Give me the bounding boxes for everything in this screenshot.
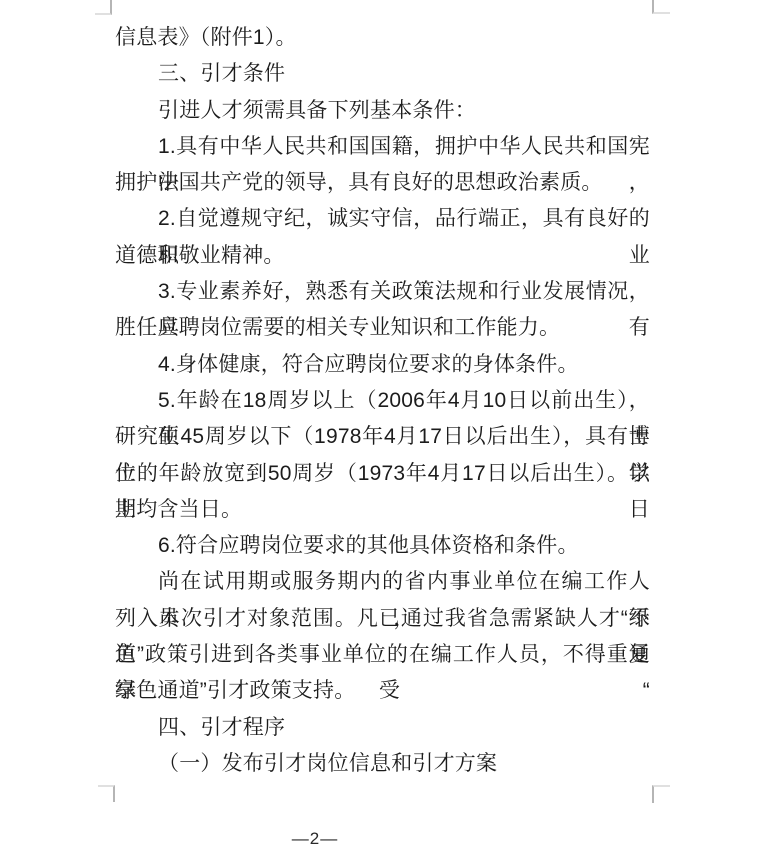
text-line: 道”政策引进到各类事业单位的在编工作人员，不得重复享受“ — [115, 637, 650, 673]
section-heading: 三、引才条件 — [115, 56, 650, 92]
text-line: 研究生45周岁以下（1978年4月17日以后出生），具有博士学 — [115, 419, 650, 455]
text-line: 信息表》（附件1）。 — [115, 20, 650, 56]
text-line: 引进人才须需具备下列基本条件： — [115, 93, 650, 129]
document-body: 信息表》（附件1）。 三、引才条件 引进人才须需具备下列基本条件： 1.具有中华… — [115, 20, 650, 782]
subsection-heading: （一）发布引才岗位信息和引才方案 — [115, 746, 650, 782]
margin-crop-mark-top-right-icon — [652, 0, 670, 14]
text-line: 1.具有中华人民共和国国籍，拥护中华人民共和国宪法， — [115, 129, 650, 165]
text-line: 2.自觉遵规守纪，诚实守信，品行端正，具有良好的职业 — [115, 201, 650, 237]
text-line: 5.年龄在18周岁以上（2006年4月10日以前出生），硕士 — [115, 383, 650, 419]
page-number: —2— — [0, 829, 630, 849]
text-line: 尚在试用期或服务期内的省内事业单位在编工作人员，不 — [115, 564, 650, 600]
margin-crop-mark-bottom-right-icon — [652, 785, 670, 803]
document-page: 信息表》（附件1）。 三、引才条件 引进人才须需具备下列基本条件： 1.具有中华… — [0, 0, 762, 850]
margin-crop-mark-top-left-icon — [95, 0, 112, 15]
text-line: 位的年龄放宽到50周岁（1973年4月17日以后出生）。以上日 — [115, 456, 650, 492]
section-heading: 四、引才程序 — [115, 710, 650, 746]
text-line: 3.专业素养好，熟悉有关政策法规和行业发展情况，具有 — [115, 274, 650, 310]
text-line: 拥护中国共产党的领导，具有良好的思想政治素质。 — [115, 165, 650, 201]
text-line: 6.符合应聘岗位要求的其他具体资格和条件。 — [115, 528, 650, 564]
margin-crop-mark-bottom-left-icon — [98, 785, 115, 802]
text-line: 4.身体健康，符合应聘岗位要求的身体条件。 — [115, 347, 650, 383]
text-line: 列入本次引才对象范围。凡已通过我省急需紧缺人才“绿色通 — [115, 601, 650, 637]
